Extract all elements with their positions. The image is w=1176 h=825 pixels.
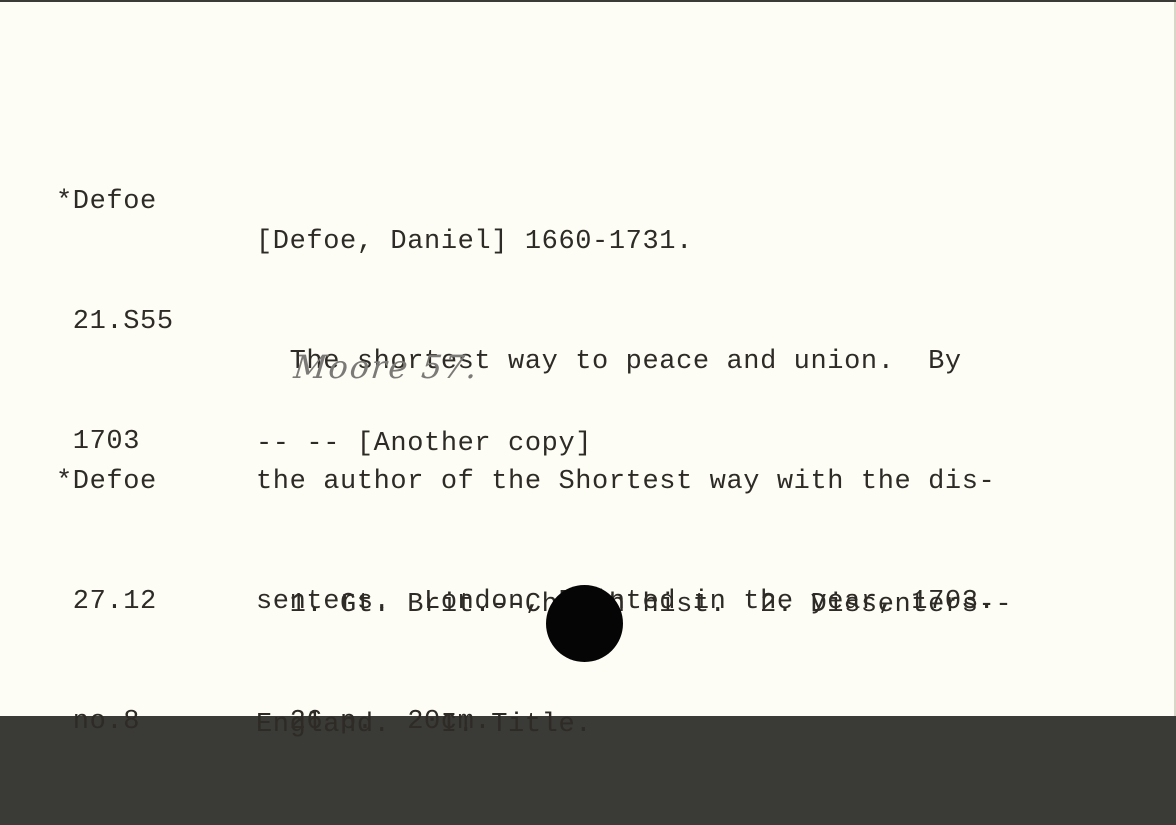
handwritten-note: Moore 57. — [292, 348, 481, 386]
punch-hole — [546, 585, 623, 662]
call-number-2: *Defoe 27.12 no.8 — [56, 382, 157, 718]
call-number-line: 27.12 — [56, 582, 157, 622]
tracing-line: England. I. Title. — [256, 705, 1012, 718]
call-number-line: 21.S55 — [56, 302, 174, 342]
author-heading: [Defoe, Daniel] 1660-1731. — [256, 222, 995, 262]
catalog-card: *Defoe 21.S55 1703 *Defoe 27.12 no.8 [De… — [0, 2, 1176, 716]
call-number-line: *Defoe — [56, 462, 157, 502]
call-number-line: *Defoe — [56, 182, 174, 222]
tracing-line: 1. Gt. Brit.--Church hist. 2. Dissenters… — [256, 585, 1012, 625]
another-copy: -- -- [Another copy] — [256, 424, 592, 464]
title-line: the author of the Shortest way with the … — [256, 462, 995, 502]
tracings: 1. Gt. Brit.--Church hist. 2. Dissenters… — [256, 505, 1012, 718]
call-number-line: no.8 — [56, 702, 157, 718]
